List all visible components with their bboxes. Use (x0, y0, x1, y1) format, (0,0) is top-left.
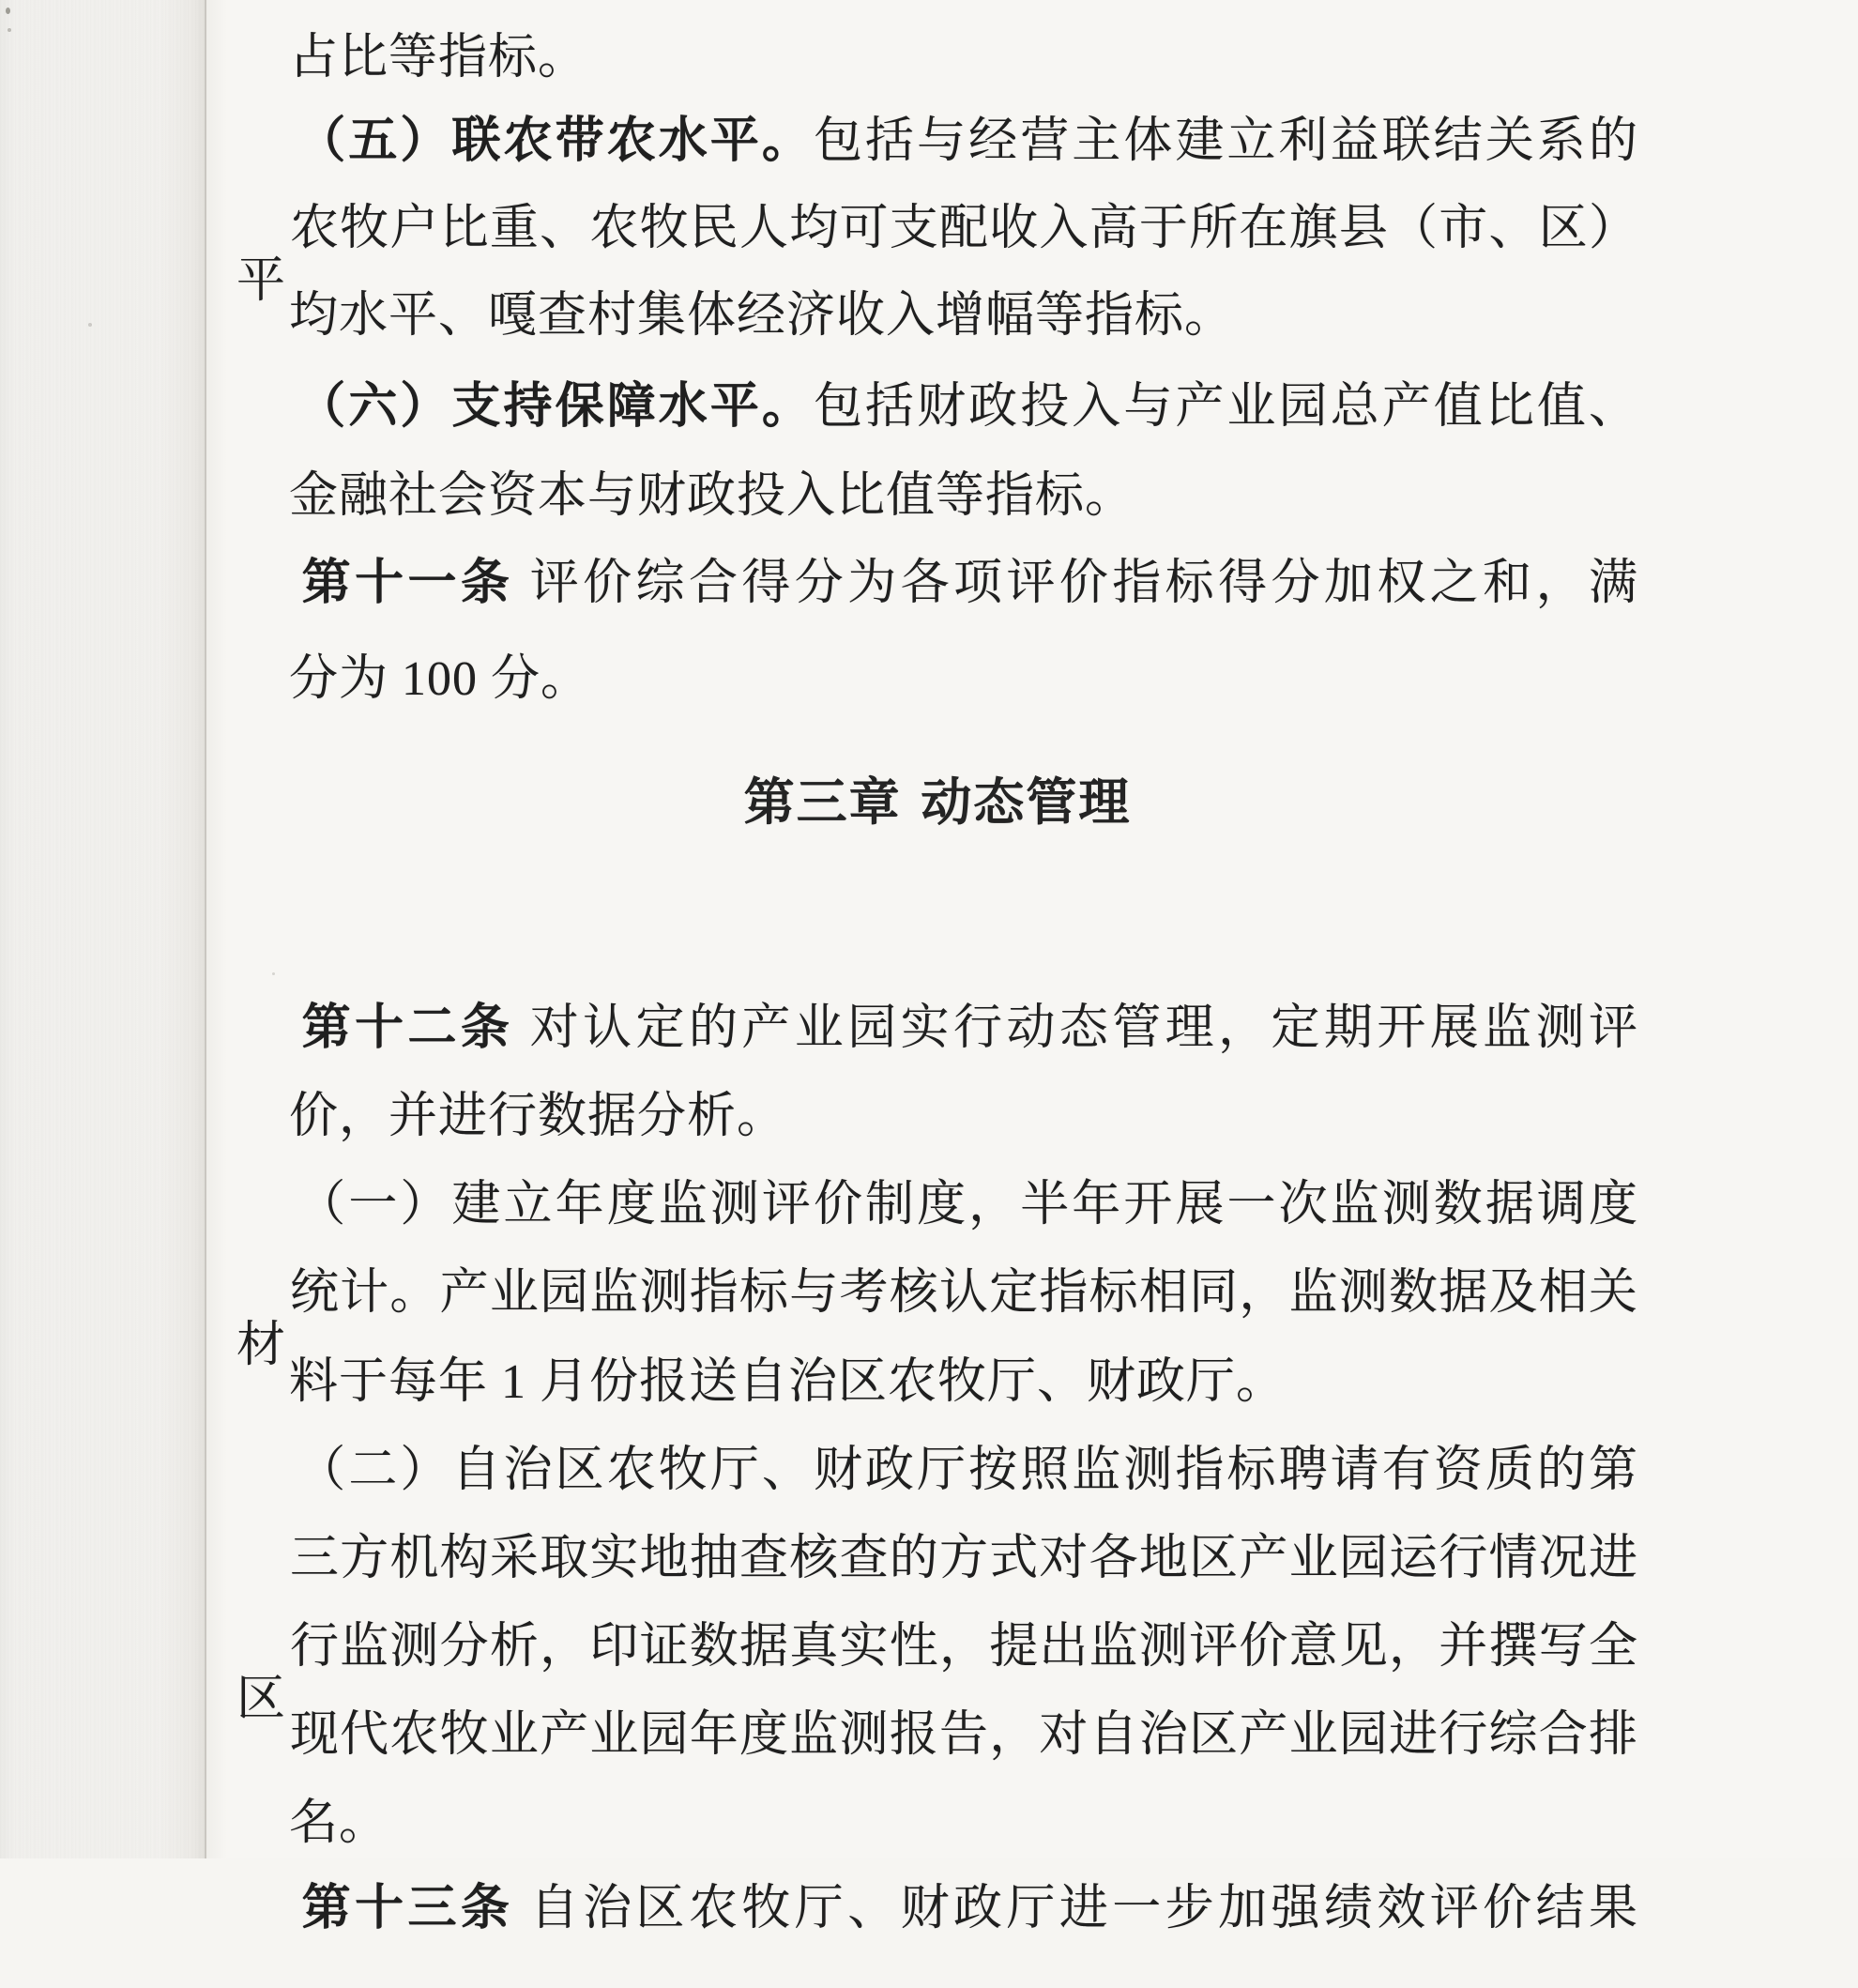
doc-line: 三方机构采取实地抽查核查的方式对各地区产业园运行情况进 (236, 1480, 1638, 1533)
doc-line: 料于每年 1 月份报送自治区农牧厅、财政厅。 (236, 1304, 1638, 1356)
doc-line-sub2: （二）自治区农牧厅、财政厅按照监测指标聘请有资质的第 (236, 1392, 1638, 1445)
doc-line-text: 分为 100 分。 (289, 652, 590, 706)
doc-line-article13-cut-bottom: 第十三条 自治区农牧厅、财政厅进一步加强绩效评价结果 (236, 1830, 1638, 1858)
doc-line: 统计。产业园监测指标与考核认定指标相同，监测数据及相关材 (236, 1215, 1638, 1267)
doc-line-sub1: （一）建立年度监测评价制度，半年开展一次监测数据调度 (236, 1126, 1638, 1179)
scan-speck (8, 28, 11, 32)
doc-line-item5: （五）联农带农水平。包括与经营主体建立利益联结关系的 (236, 63, 1638, 115)
doc-line: 分为 100 分。 (236, 601, 1638, 653)
doc-line-article11: 第十一条 评价综合得分为各项评价指标得分加权之和，满 (236, 505, 1638, 558)
doc-line: 均水平、嘎查村集体经济收入增幅等指标。 (236, 237, 1638, 290)
doc-line: 行监测分析，印证数据真实性，提出监测评价意见，并撰写全区 (236, 1568, 1638, 1621)
scan-speck (88, 323, 92, 327)
doc-line-cut-top: 占比等指标。 (236, 0, 1638, 32)
scanner-left-margin (0, 0, 205, 1858)
doc-line: 农牧户比重、农牧民人均可支配收入高于所在旗县（市、区）平 (236, 150, 1638, 203)
scanned-page-background: 占比等指标。 （五）联农带农水平。包括与经营主体建立利益联结关系的 农牧户比重、… (0, 0, 1858, 1858)
chapter-heading: 第三章 动态管理 (236, 775, 1638, 830)
doc-line: 价，并进行数据分析。 (236, 1038, 1638, 1091)
doc-line-item6: （六）支持保障水平。包括财政投入与产业园总产值比值、 (236, 329, 1638, 381)
doc-line: 现代农牧业产业园年度监测报告，对自治区产业园进行综合排 (236, 1657, 1638, 1709)
doc-line: 名。 (236, 1745, 1638, 1797)
doc-line-article12: 第十二条 对认定的产业园实行动态管理，定期开展监测评 (236, 950, 1638, 1002)
scan-speck (6, 8, 10, 14)
doc-line: 金融社会资本与财政投入比值等指标。 (236, 418, 1638, 470)
